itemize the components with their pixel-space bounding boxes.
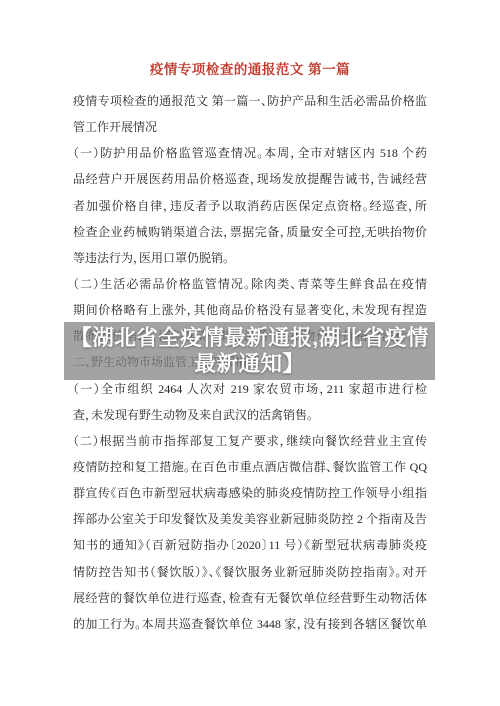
body-line-18: 知书的通知》（百新冠防指办〔2020〕11 号）《新型冠状病毒肺炎疫 xyxy=(73,532,427,558)
body-line-1: 疫情专项检查的通报范文 第一篇一、防护产品和生活必需品价格监 xyxy=(73,88,427,114)
watermark-text-line-1: 【湖北省全疫情最新通报,湖北省疫情 xyxy=(70,325,428,351)
body-line-8: （二）生活必需品价格监管情况。除肉类、青菜等生鲜食品在疫情 xyxy=(73,271,427,297)
body-line-5: 者加强价格自律，违反者予以取消药店医保定点资格。经巡查，所 xyxy=(73,193,427,219)
watermark-banner: 【湖北省全疫情最新通报,湖北省疫情 最新通知】 xyxy=(64,322,435,380)
document-content: 疫情专项检查的通报范文 第一篇 疫情专项检查的通报范文 第一篇一、防护产品和生活… xyxy=(73,0,427,637)
body-line-20: 展经营的餐饮单位进行巡查，检查有无餐饮单位经营野生动物活体 xyxy=(73,585,427,611)
body-line-21: 的加工行为。本周共巡查餐饮单位 3448 家，没有接到各辖区餐饮单 xyxy=(73,611,427,637)
document-page: 疫情专项检查的通报范文 第一篇 疫情专项检查的通报范文 第一篇一、防护产品和生活… xyxy=(0,0,500,706)
body-line-2: 管工作开展情况 xyxy=(73,114,427,140)
body-line-15: 疫情防控和复工措施。在百色市重点酒店微信群、餐饮监管工作 QQ xyxy=(73,454,427,480)
watermark-text-line-2: 最新通知】 xyxy=(194,351,304,377)
body-line-14: （二）根据当前市指挥部复工复产要求，继续向餐饮经营业主宣传 xyxy=(73,428,427,454)
document-title: 疫情专项检查的通报范文 第一篇 xyxy=(73,62,427,78)
body-line-9: 期间价格略有上涨外，其他商品价格没有显著变化，未发现有捏造 xyxy=(73,297,427,323)
body-line-7: 等违法行为，医用口罩仍脱销。 xyxy=(73,245,427,271)
body-line-6: 检查企业药械购销渠道合法，票据完备，质量安全可控,无哄抬物价 xyxy=(73,219,427,245)
body-line-19: 情防控告知书（餐饮版）》、《餐饮服务业新冠肺炎防控指南》。对开 xyxy=(73,559,427,585)
body-line-4: 品经营户开展医药用品价格巡查，现场发放提醒告诫书，告诫经营 xyxy=(73,166,427,192)
body-line-16: 群宣传《百色市新型冠状病毒感染的肺炎疫情防控工作领导小组指 xyxy=(73,480,427,506)
body-line-17: 挥部办公室关于印发餐饮及美发美容业新冠肺炎防控 2 个指南及告 xyxy=(73,506,427,532)
body-line-3: （一）防护用品价格监管巡查情况。本周，全市对辖区内 518 个药 xyxy=(73,140,427,166)
body-line-13: 查，未发现有野生动物及来自武汉的活禽销售。 xyxy=(73,402,427,428)
